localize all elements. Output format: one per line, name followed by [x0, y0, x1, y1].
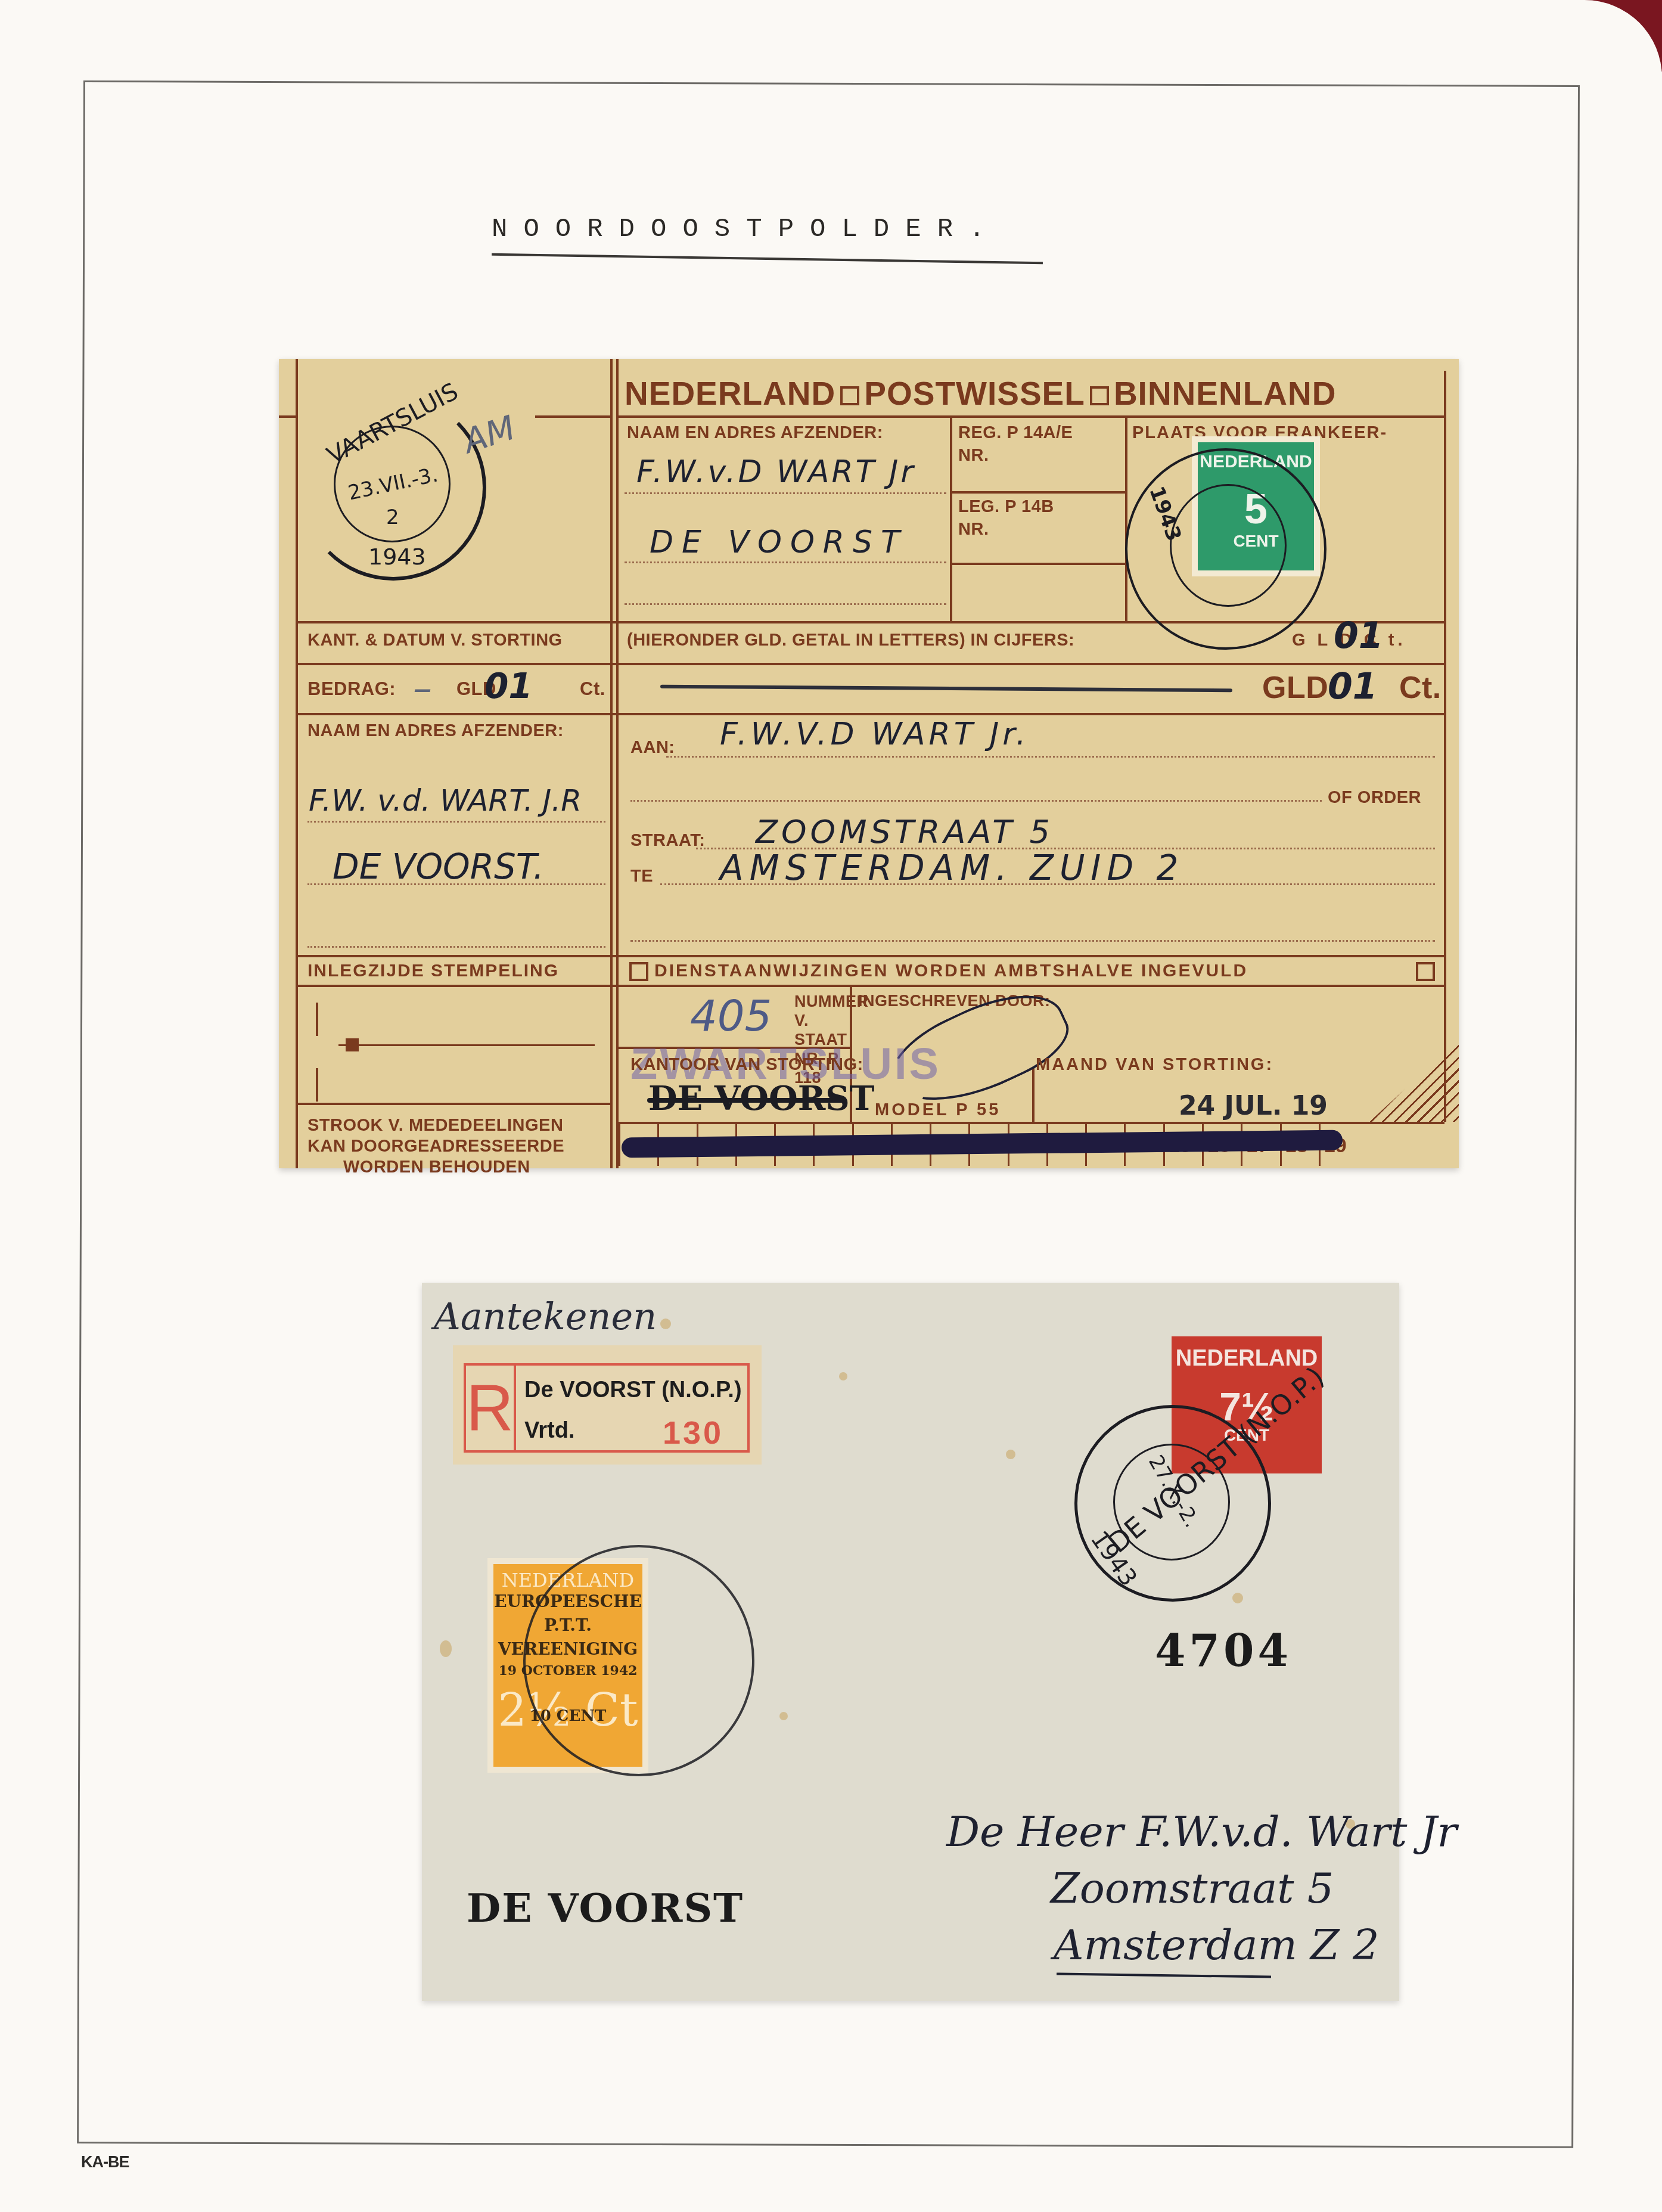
dotted-line [666, 756, 1435, 758]
foxing-spot [660, 1318, 671, 1329]
tick-mark [316, 1068, 318, 1102]
checkbox-square-icon [629, 962, 648, 981]
label-office-of-deposit: KANTOOR VAN STORTING: [630, 1055, 863, 1075]
rule [1444, 371, 1446, 1122]
registration-label: R De VOORST (N.O.P.) Vrtd. 130 [453, 1345, 762, 1465]
rule [950, 491, 1126, 494]
registration-office: Vrtd. [524, 1418, 574, 1444]
registered-envelope: Aantekenen R De VOORST (N.O.P.) Vrtd. 13… [422, 1283, 1399, 2001]
label-sender: NAAM EN ADRES AFZENDER: [627, 423, 883, 443]
rule [535, 415, 610, 418]
rule [616, 415, 1444, 418]
postmark-line: 2 [386, 505, 399, 529]
registration-place: De VOORST (N.O.P.) [524, 1378, 742, 1403]
address-underline [1057, 1972, 1271, 1978]
stamp-country: NEDERLAND [1172, 1346, 1322, 1372]
label-sender-left: NAAM EN ADRES AFZENDER: [307, 721, 564, 741]
dotted-line [625, 492, 946, 494]
registration-letter: R [466, 1366, 516, 1450]
tick-mark [316, 1003, 318, 1036]
handwritten-left-sender-place: DE VOORST. [333, 846, 544, 887]
handwritten-amount-ct: 01 [484, 666, 533, 706]
dotted-line [630, 940, 1435, 942]
amount-strike-line [660, 685, 1232, 693]
handwritten-sender-place: DE VOORST [650, 525, 908, 560]
label-strip-1: STROOK V. MEDEDEELINGEN [307, 1116, 563, 1136]
album-page: NOORDOOSTPOLDER. NEDERLANDPOSTWISSELBINN… [0, 0, 1662, 2212]
dotted-line [307, 946, 605, 948]
label-ct-left: Ct. [580, 678, 605, 700]
origin-stamp: DE VOORST [467, 1885, 744, 1931]
dotted-line [625, 603, 946, 605]
card-header: NEDERLANDPOSTWISSELBINNENLAND [625, 374, 1336, 412]
handwritten-street: ZOOMSTRAAT 5 [756, 813, 1054, 851]
postmark-inner-ring [1170, 484, 1287, 607]
address-line-3: Amsterdam Z 2 [1054, 1921, 1379, 1969]
handwritten-payee: F.W.V.D WART Jr. [720, 716, 1029, 752]
label-amount: BEDRAG: [307, 678, 396, 700]
rule [1125, 415, 1127, 621]
postmark-year: 1943 [368, 544, 426, 570]
registration-label-number: 130 [663, 1414, 723, 1451]
label-reg-nr: NR. [958, 446, 989, 466]
address-line-2: Zoomstraat 5 [1051, 1864, 1334, 1913]
address-line-1: De Heer F.W.v.d. Wart Jr [946, 1807, 1457, 1856]
dotted-line [307, 821, 605, 823]
header-postwissel: POSTWISSEL [864, 375, 1085, 412]
handwritten-gld-ct: 01 [1328, 666, 1378, 708]
label-strip-2: KAN DOORGEADRESSEERDE [307, 1137, 564, 1156]
rule [950, 415, 952, 621]
label-model: MODEL P 55 [875, 1100, 1001, 1120]
rule [296, 955, 1446, 957]
handwritten-state-number: 405 [690, 991, 772, 1041]
handwritten-note: Aantekenen [434, 1295, 657, 1338]
dotted-line [630, 800, 1322, 802]
foxing-spot [779, 1712, 788, 1720]
month-stamp: 24 JUL. 19 [1179, 1091, 1328, 1121]
registration-number: 4704 [1155, 1625, 1292, 1677]
registration-label-box: R De VOORST (N.O.P.) Vrtd. 130 [464, 1363, 750, 1453]
header-nederland: NEDERLAND [625, 375, 835, 412]
handwritten-left-sender-name: F.W. v.d. WART. J.R [309, 783, 582, 818]
label-service-notes: DIENSTAANWIJZINGEN WORDEN AMBTSHALVE ING… [654, 961, 1248, 981]
label-reg: REG. P 14A/E [958, 423, 1073, 443]
label-to: AAN: [630, 738, 675, 758]
label-amount-figures: (HIERONDER GLD. GETAL IN LETTERS) IN CIJ… [627, 631, 1074, 650]
label-strip-3: WORDEN BEHOUDEN [343, 1158, 530, 1177]
rule [1032, 1068, 1035, 1122]
handwritten-city: AMSTERDAM. ZUID 2 [720, 848, 1184, 888]
rule [296, 359, 298, 1168]
foxing-spot [440, 1640, 452, 1657]
postwissel-card: NEDERLANDPOSTWISSELBINNENLAND NAAM EN AD… [279, 359, 1459, 1168]
square-icon [1090, 386, 1109, 405]
label-state-number-1: NUMMER [794, 992, 851, 1011]
label-gld-right: GLD [1262, 670, 1328, 706]
stempel-guide-line [338, 1044, 595, 1046]
stempel-guide-block [346, 1038, 359, 1051]
handwritten-figures-ct: 01 [1334, 615, 1384, 657]
label-inlegzijde: INLEGZIJDE STEMPELING [307, 961, 559, 981]
page-title: NOORDOOSTPOLDER. [492, 215, 1001, 244]
label-ct-right: Ct. [1399, 670, 1442, 706]
square-icon [840, 386, 859, 405]
label-leg: LEG. P 14B [958, 497, 1054, 517]
label-office-date: KANT. & DATUM V. STORTING [307, 631, 563, 650]
rule [296, 713, 1446, 715]
label-te: TE [630, 867, 653, 886]
pencil-cross: – [413, 666, 432, 711]
rule [610, 359, 613, 1168]
handwritten-sender-name: F.W.v.D WART Jr [636, 454, 916, 490]
foxing-spot [839, 1372, 847, 1380]
rule [296, 1103, 611, 1105]
rule [279, 415, 296, 418]
strike-line [647, 1098, 844, 1103]
label-month-of-deposit: MAAND VAN STORTING: [1036, 1055, 1273, 1075]
label-of-order: OF ORDER [1328, 788, 1421, 808]
label-street: STRAAT: [630, 831, 705, 851]
postmark-de-voorst-2 [523, 1545, 754, 1776]
header-binnenland: BINNENLAND [1114, 375, 1337, 412]
rule [296, 985, 1446, 987]
checkbox-square-icon [1416, 962, 1435, 981]
pencil-mark: AM [459, 408, 520, 461]
dotted-line [625, 561, 946, 563]
rule [950, 563, 1126, 565]
foxing-spot [1006, 1450, 1015, 1459]
label-leg-nr: NR. [958, 520, 989, 539]
rule [296, 663, 1446, 665]
publisher-mark: KA-BE [81, 2153, 129, 2171]
foxing-spot [1232, 1593, 1243, 1603]
